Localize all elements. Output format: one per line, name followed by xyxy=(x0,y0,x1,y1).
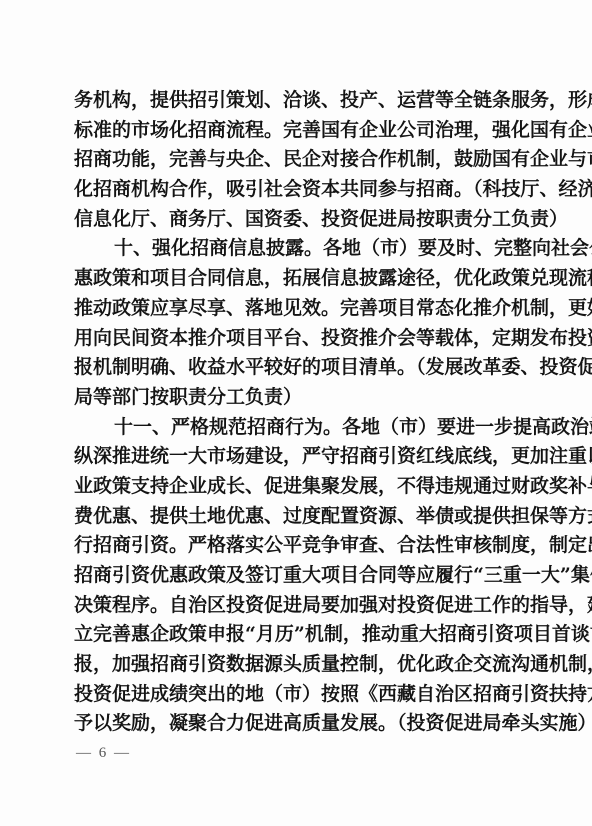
text-line: 行招商引资。严格落实公平竞争审查、合法性审核制度，制定出台 xyxy=(74,531,520,561)
body-text: 务机构，提供招引策划、洽谈、投产、运营等全链条服务，形成专业、 标准的市场化招商… xyxy=(74,86,520,739)
text-line: 局等部门按职责分工负责） xyxy=(74,383,520,413)
text-line: 费优惠、提供土地优惠、过度配置资源、举债或提供担保等方式进 xyxy=(74,502,520,532)
section-10-first-line: 十、强化招商信息披露。各地（市）要及时、完整向社会公布优 xyxy=(74,234,520,264)
text-line: 务机构，提供招引策划、洽谈、投产、运营等全链条服务，形成专业、 xyxy=(74,86,520,116)
text-line: 予以奖励，凝聚合力促进高质量发展。（投资促进局牵头实施） xyxy=(74,709,520,739)
text-line: 用向民间资本推介项目平台、投资推介会等载体，定期发布投资回 xyxy=(74,324,520,354)
text-line: 信息化厅、商务厅、国资委、投资促进局按职责分工负责） xyxy=(74,205,520,235)
text-line: 招商功能，完善与央企、民企对接合作机制，鼓励国有企业与市场 xyxy=(74,145,520,175)
text-line: 业政策支持企业成长、促进集聚发展，不得违规通过财政奖补与税 xyxy=(74,472,520,502)
page-number: — 6 — xyxy=(76,745,131,762)
text-line: 投资促进成绩突出的地（市）按照《西藏自治区招商引资扶持方案》 xyxy=(74,680,520,710)
section-11-first-line: 十一、严格规范招商行为。各地（市）要进一步提高政治站位， xyxy=(74,413,520,443)
section-heading-11: 十一、严格规范招商行为。 xyxy=(114,416,342,438)
document-page: 务机构，提供招引策划、洽谈、投产、运营等全链条服务，形成专业、 标准的市场化招商… xyxy=(0,0,592,826)
text-run: 各地（市）要及时、完整向社会公布优 xyxy=(323,237,592,259)
text-line: 纵深推进统一大市场建设，严守招商引资红线底线，更加注重以产 xyxy=(74,442,520,472)
text-line: 决策程序。自治区投资促进局要加强对投资促进工作的指导，建 xyxy=(74,591,520,621)
text-run: 各地（市）要进一步提高政治站位， xyxy=(342,416,592,438)
text-line: 化招商机构合作，吸引社会资本共同参与招商。（科技厅、经济和 xyxy=(74,175,520,205)
section-heading-10: 十、强化招商信息披露。 xyxy=(114,237,323,259)
text-line: 报，加强招商引资数据源头质量控制，优化政企交流沟通机制，对 xyxy=(74,650,520,680)
text-line: 报机制明确、收益水平较好的项目清单。（发展改革委、投资促进 xyxy=(74,353,520,383)
text-line: 标准的市场化招商流程。完善国有企业公司治理，强化国有企业 xyxy=(74,116,520,146)
text-line: 立完善惠企政策申报“月历”机制，推动重大招商引资项目首谈首 xyxy=(74,620,520,650)
text-line: 招商引资优惠政策及签订重大项目合同等应履行“三重一大”集体 xyxy=(74,561,520,591)
text-line: 推动政策应享尽享、落地见效。完善项目常态化推介机制，更好利 xyxy=(74,294,520,324)
text-line: 惠政策和项目合同信息，拓展信息披露途径，优化政策兑现流程， xyxy=(74,264,520,294)
